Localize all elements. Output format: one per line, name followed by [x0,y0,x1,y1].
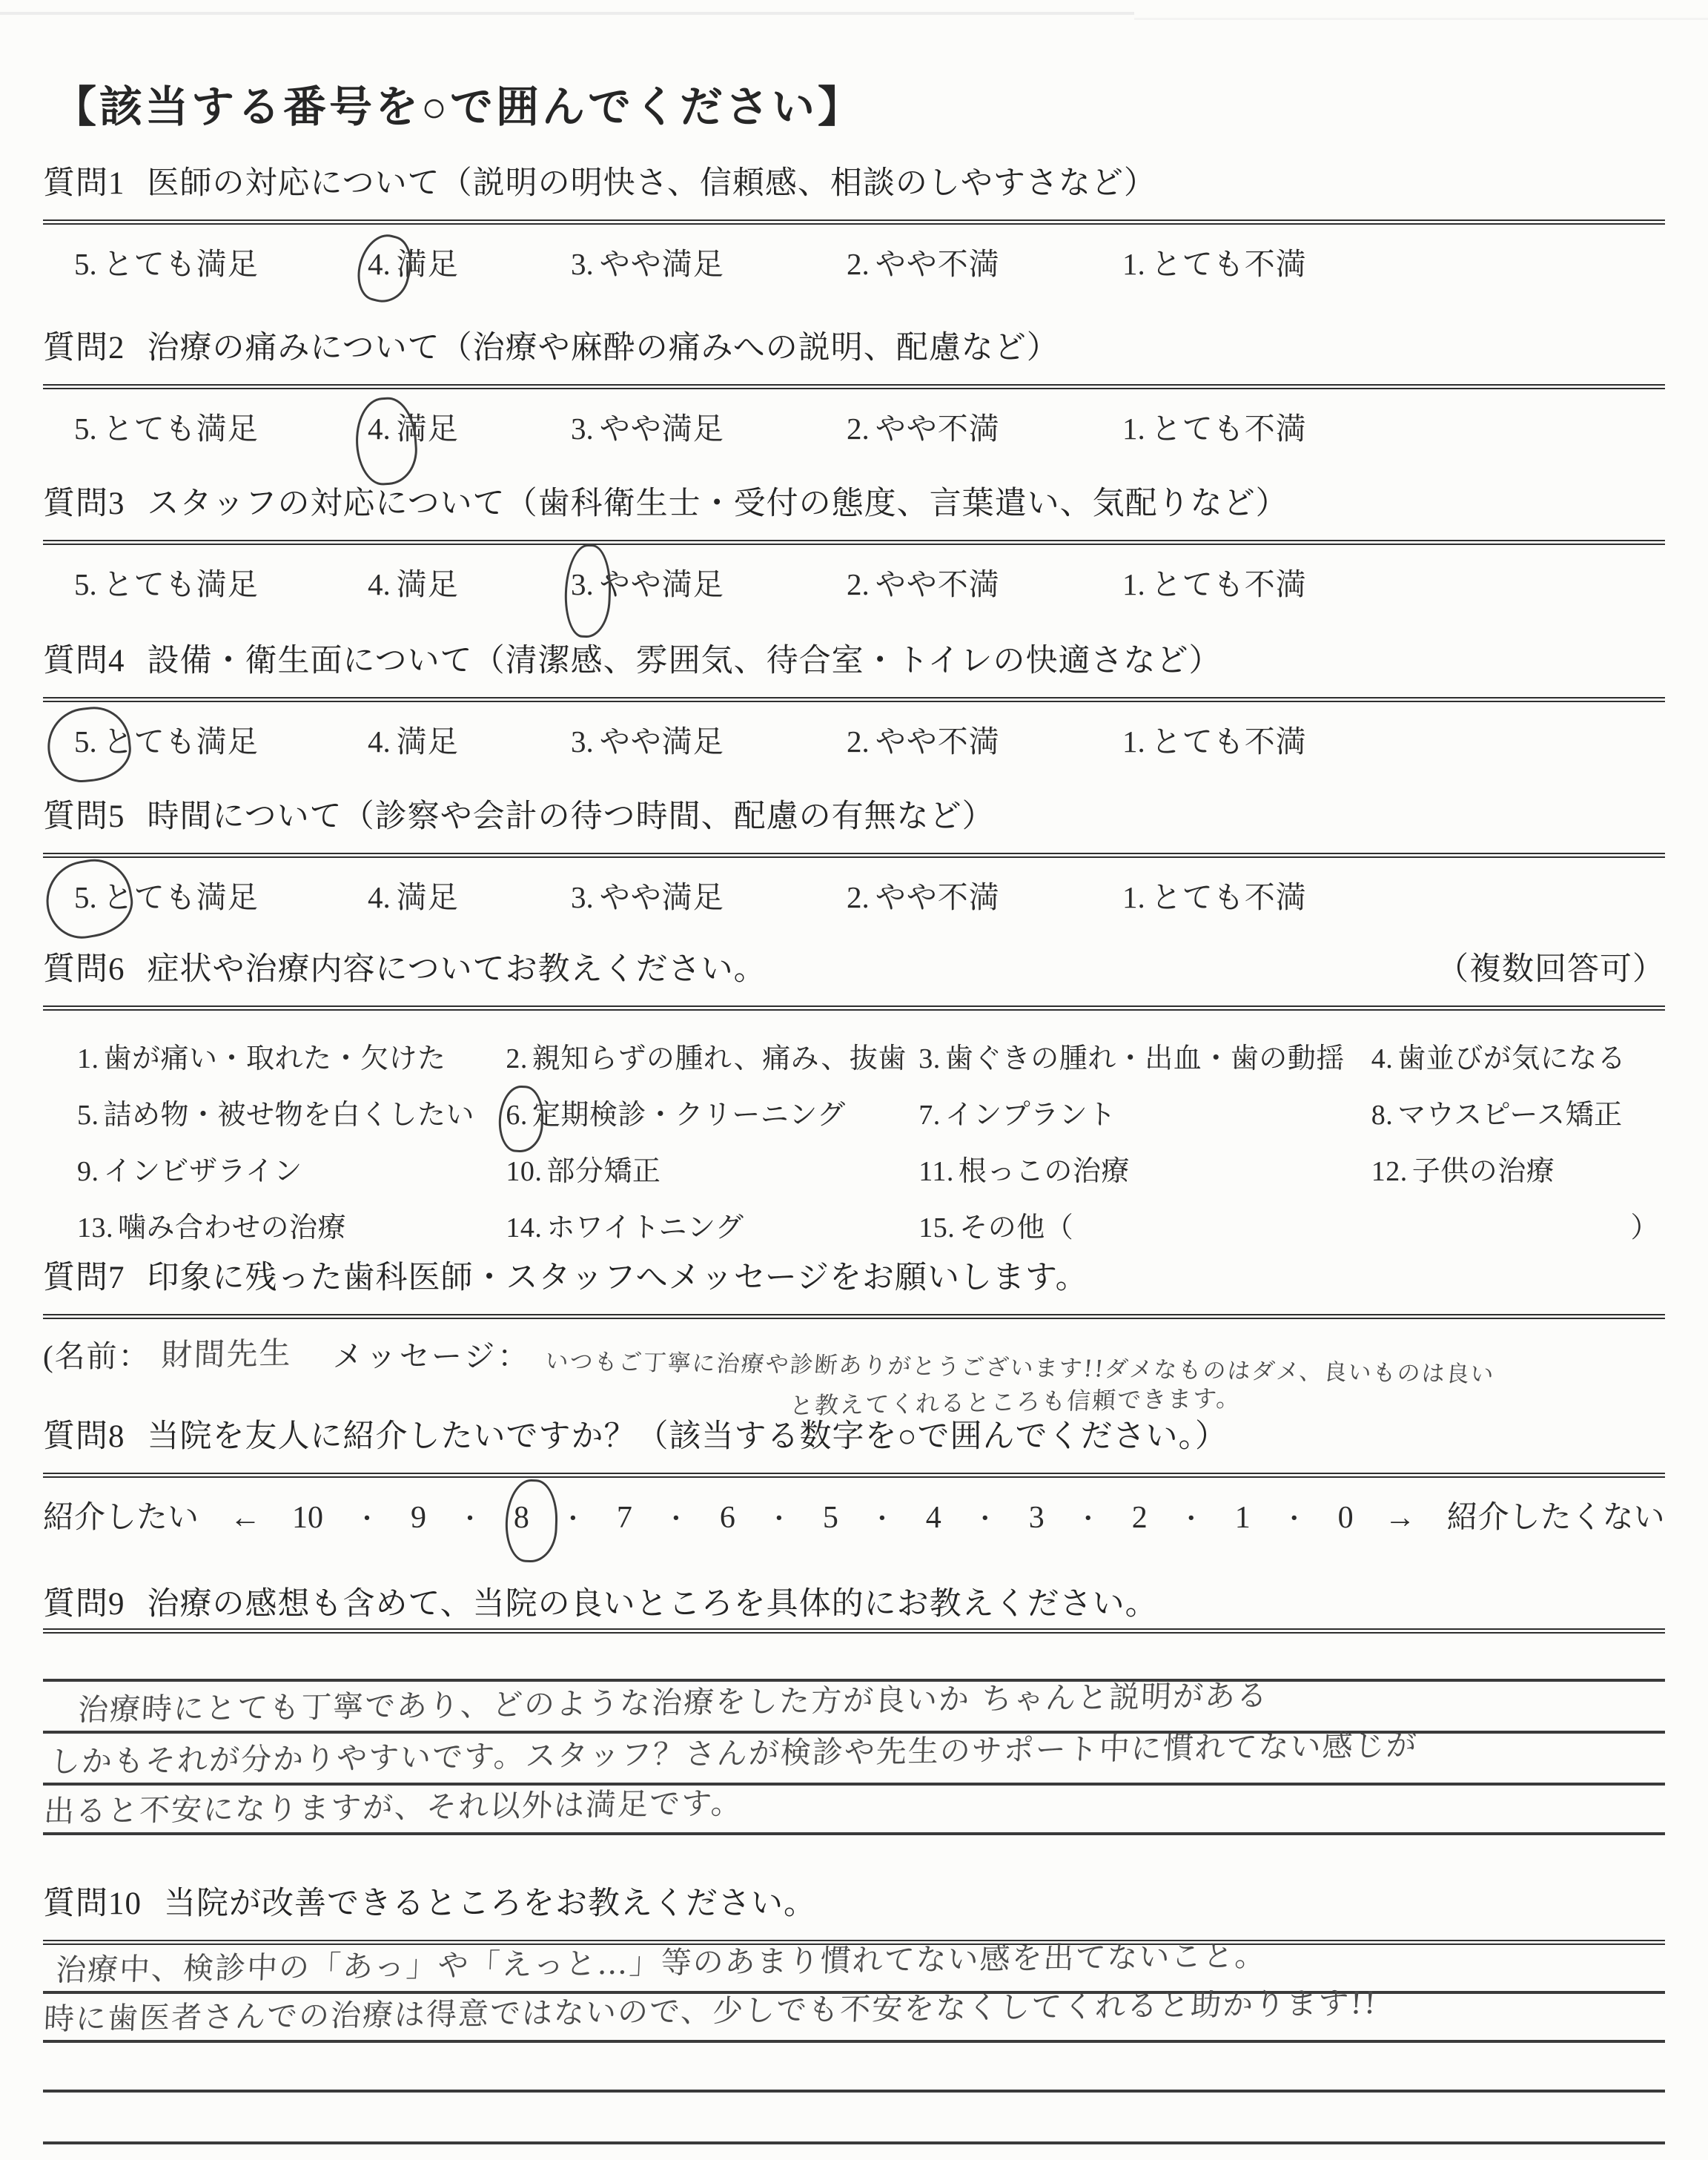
question-heading-row: 質問9 治療の感想も含めて、当院の良いところを具体的にお教えください。 [43,1585,1665,1624]
q6-item-label: ホワイトニング [546,1212,744,1244]
q8-number[interactable]: 10 [292,1500,323,1536]
rating-option[interactable]: 4.満足 [368,873,459,916]
q7-handwritten-name: 財間先生 [161,1329,292,1375]
q6-item-label: マウスピース矯正 [1397,1100,1622,1131]
question-heading: 当院が改善できるところをお教えください。 [164,1885,816,1923]
q6-item[interactable]: 11.根っこの治療 [918,1153,1371,1190]
rating-option[interactable]: 5.とても満足 [74,717,259,761]
q6-item-number: 6. [506,1097,528,1134]
answer-line[interactable]: しかもそれが分かりやすいです。スタッフ？さんが検診や先生のサポート中に慣れてない… [43,1734,1665,1786]
q8-left-label: 紹介したい [43,1493,199,1537]
q6-item-number: 15. [918,1209,955,1246]
rating-option-number: 4. [368,724,391,759]
question-heading-row: 質問8 当院を友人に紹介したいですか？（該当する数字を○で囲んでください。） [43,1418,1665,1456]
q8-number[interactable]: 2 [1132,1500,1148,1536]
rating-option-label: 満足 [397,247,459,281]
q6-item-label: インビザライン [104,1156,302,1187]
q8-separator: ・ [973,1499,998,1535]
rating-option[interactable]: 1.とても不満 [1122,873,1307,916]
rating-option[interactable]: 3.やや満足 [571,560,724,604]
q8-separator: ・ [663,1499,689,1535]
question-block-3: 質問3 スタッフの対応について（歯科衛生士・受付の態度、言葉遣い、気配りなど） … [43,485,1665,601]
answer-line[interactable] [43,2043,1665,2093]
rating-option-number: 5. [74,246,97,282]
rating-option[interactable]: 3.やや満足 [571,240,724,283]
rating-option[interactable]: 3.やや満足 [571,404,724,448]
question-block-8: 質問8 当院を友人に紹介したいですか？（該当する数字を○で囲んでください。） 紹… [43,1418,1665,1537]
question-heading: 症状や治療内容についてお教えください。 [148,951,767,989]
rating-option-number: 1. [1122,879,1145,915]
rating-option-number: 5. [74,879,97,915]
rating-option-label: 満足 [397,724,459,759]
q6-item[interactable]: 14.ホワイトニング [506,1209,918,1246]
q6-item-number: 12. [1371,1153,1408,1190]
rating-option-number: 2. [847,246,870,282]
q7-handwritten-message-line2: と教えてくれるところも信頼できます。 [789,1379,1242,1421]
q6-item[interactable]: 1.歯が痛い・取れた・欠けた [77,1040,506,1077]
multiple-answers-note: （複数回答可） [1437,951,1665,989]
rating-option[interactable]: 2.やや不満 [847,240,1000,283]
q6-item[interactable]: 13.噛み合わせの治療 [77,1209,506,1246]
rating-option-label: とても不満 [1151,724,1307,759]
rating-option-number: 4. [368,411,391,446]
rating-options-row: 5.とても満足 4.満足 3.やや満足 2.やや不満 1.とても不満 [43,555,1665,601]
rating-option-number: 3. [571,724,594,759]
right-arrow-icon: → [1385,1500,1416,1536]
left-arrow-icon: ← [230,1500,261,1536]
rating-option-label: やや不満 [875,880,1000,914]
q7-answer-row[interactable]: (名前： 財間先生 メッセージ： いつもご丁寧に治療や診断ありがとうございます!… [43,1330,1665,1375]
q7-message-label: メッセージ： [333,1332,532,1375]
rating-option-label: とても不満 [1151,412,1307,446]
question-block-6: 質問6 症状や治療内容についてお教えください。 （複数回答可） 1.歯が痛い・取… [43,951,1665,1246]
survey-form-page: 【該当する番号を○で囲んでください】 質問1 医師の対応について（説明の明快さ、… [0,0,1708,2160]
rating-option[interactable]: 2.やや不満 [847,404,1000,448]
rating-option-label: やや満足 [600,724,724,759]
q6-item-label: 噛み合わせの治療 [118,1212,346,1244]
heading-divider [43,697,1665,702]
rating-options-row: 5.とても満足 4.満足 3.やや満足 2.やや不満 1.とても不満 [43,400,1665,446]
q6-item[interactable]: 3.歯ぐきの腫れ・出血・歯の動揺 [918,1040,1371,1077]
scan-artifact [1134,18,1708,20]
rating-option[interactable]: 3.やや満足 [571,873,724,916]
q6-item-label: 部分矯正 [546,1156,661,1187]
question-heading: 印象に残った歯科医師・スタッフへメッセージをお願いします。 [148,1259,1088,1298]
rating-option-number: 4. [368,879,391,915]
q8-separator: ・ [457,1499,483,1535]
rating-option[interactable]: 3.やや満足 [571,717,724,761]
rating-option-label: とても不満 [1151,247,1307,281]
q7-answer-row-2[interactable]: と教えてくれるところも信頼できます。 [789,1387,1665,1421]
q6-item[interactable]: 5.詰め物・被せ物を白くしたい [77,1097,506,1134]
scan-artifact [0,12,1134,15]
rating-option-label: とても不満 [1151,567,1307,601]
rating-option-label: やや満足 [600,247,724,281]
q6-item[interactable]: 7.インプラント [918,1097,1371,1134]
q6-item-label: 詰め物・被せ物を白くしたい [104,1100,475,1131]
question-heading: 時間について（診察や会計の待つ時間、配慮の有無など） [148,798,995,836]
rating-option-number: 3. [571,567,594,602]
question-heading-row: 質問3 スタッフの対応について（歯科衛生士・受付の態度、言葉遣い、気配りなど） [43,485,1665,524]
q8-number[interactable]: 9 [411,1500,426,1536]
rating-option[interactable]: 2.やや不満 [847,560,1000,604]
rating-option-label: 満足 [397,412,459,446]
rating-option[interactable]: 2.やや不満 [847,717,1000,761]
q8-separator: ・ [767,1499,792,1535]
rating-option[interactable]: 5.とても満足 [74,873,259,916]
rating-option-number: 1. [1122,724,1145,759]
q6-item-number: 9. [77,1153,99,1190]
q6-item-number: 1. [77,1040,99,1077]
question-heading-row: 質問4 設備・衛生面について（清潔感、雰囲気、待合室・トイレの快適さなど） [43,642,1665,681]
question-number: 質問6 [43,951,125,989]
rating-option-label: やや不満 [875,412,1000,446]
heading-divider [43,1314,1665,1319]
rating-option[interactable]: 1.とても不満 [1122,404,1307,448]
rating-option-number: 2. [847,879,870,915]
q6-item-number: 11. [918,1153,954,1190]
rating-option-label: とても不満 [1151,880,1307,914]
rating-option-label: とても満足 [103,567,259,601]
question-block-2: 質問2 治療の痛みについて（治療や麻酔の痛みへの説明、配慮など） 5.とても満足… [43,329,1665,446]
q8-separator: ・ [1179,1499,1204,1535]
form-title: 【該当する番号を○で囲んでください】 [53,72,864,134]
rating-option-label: やや満足 [600,567,724,601]
question-heading-row: 質問7 印象に残った歯科医師・スタッフへメッセージをお願いします。 [43,1259,1665,1298]
rating-option[interactable]: 5.とても満足 [74,560,259,604]
rating-option-number: 1. [1122,246,1145,282]
rating-option-label: 満足 [397,567,459,601]
question-number: 質問7 [43,1259,125,1298]
rating-option-label: 満足 [397,880,459,914]
q6-item-label: インプラント [945,1100,1116,1131]
rating-option-number: 3. [571,411,594,446]
rating-option-number: 3. [571,879,594,915]
q6-item-number: 10. [506,1153,542,1190]
heading-divider [43,1005,1665,1011]
q6-item[interactable]: 6.定期検診・クリーニング [506,1097,918,1134]
nps-scale-row: 紹介したい ← 10 ・ 9 ・ 8 ・ 7 ・ 6 ・ 5 ・ 4 ・ 3 ・… [43,1493,1665,1537]
question-number: 質問4 [43,642,125,681]
rating-option-label: とても満足 [103,724,259,759]
rating-option-label: やや満足 [600,412,724,446]
question-heading-row: 質問6 症状や治療内容についてお教えください。 （複数回答可） [43,951,1665,989]
rating-option[interactable]: 4.満足 [368,404,459,448]
rating-option[interactable]: 1.とても不満 [1122,240,1307,283]
rating-option-number: 2. [847,411,870,446]
rating-option-label: とても満足 [103,412,259,446]
question-heading-row: 質問5 時間について（診察や会計の待つ時間、配慮の有無など） [43,798,1665,836]
rating-option-label: やや不満 [875,567,1000,601]
rating-option-label: やや満足 [600,880,724,914]
rating-option[interactable]: 5.とても満足 [74,240,259,283]
q6-item[interactable]: 10.部分矯正 [506,1153,918,1190]
q6-item[interactable]: 12.子供の治療 [1371,1153,1665,1190]
heading-divider [43,384,1665,389]
question-number: 質問8 [43,1418,125,1456]
q6-item-label: 定期検診・クリーニング [532,1100,846,1131]
q6-item-number: 3. [918,1040,941,1077]
rating-options-row: 5.とても満足 4.満足 3.やや満足 2.やや不満 1.とても不満 [43,235,1665,281]
q6-item-number: 5. [77,1097,99,1134]
q6-item-number: 4. [1371,1040,1394,1077]
answer-line[interactable]: 時に歯医者さんでの治療は得意ではないので、少しでも不安をなくしてくれると助かりま… [43,1994,1665,2043]
q8-number[interactable]: 0 [1338,1500,1354,1536]
answer-line[interactable]: 出ると不安になりますが、それ以外は満足です。 [43,1786,1665,1835]
rating-option-number: 5. [74,411,97,446]
handwritten-answer: 出ると不安になりますが、それ以外は満足です。 [43,1778,744,1832]
rating-option-number: 2. [847,567,870,602]
question-heading: 設備・衛生面について（清潔感、雰囲気、待合室・トイレの快適さなど） [148,642,1222,681]
rating-option-label: とても満足 [103,247,259,281]
q6-item[interactable]: 2.親知らずの腫れ、痛み、抜歯 [506,1040,918,1077]
question-block-4: 質問4 設備・衛生面について（清潔感、雰囲気、待合室・トイレの快適さなど） 5.… [43,642,1665,759]
question-heading: 医師の対応について（説明の明快さ、信頼感、相談のしやすさなど） [148,165,1156,203]
q6-item-label: 歯並びが気になる [1397,1043,1626,1074]
question-number: 質問3 [43,485,125,524]
question-block-9: 質問9 治療の感想も含めて、当院の良いところを具体的にお教えください。 治療時に… [43,1585,1665,1835]
q6-item-label: 歯ぐきの腫れ・出血・歯の動揺 [945,1043,1345,1074]
q6-item-number: 7. [918,1097,941,1134]
q6-item-number: 13. [77,1209,113,1246]
q8-separator: ・ [870,1499,895,1535]
question-block-1: 質問1 医師の対応について（説明の明快さ、信頼感、相談のしやすさなど） 5.とて… [43,165,1665,281]
rating-option[interactable]: 4.満足 [368,240,459,283]
question-heading-row: 質問2 治療の痛みについて（治療や麻酔の痛みへの説明、配慮など） [43,329,1665,368]
question-number: 質問5 [43,798,125,836]
rating-option-number: 2. [847,724,870,759]
treatment-options-grid: 1.歯が痛い・取れた・欠けた 2.親知らずの腫れ、痛み、抜歯 3.歯ぐきの腫れ・… [43,1040,1665,1246]
rating-options-row: 5.とても満足 4.満足 3.やや満足 2.やや不満 1.とても不満 [43,868,1665,914]
q8-separator: ・ [560,1499,586,1535]
rating-option-label: とても満足 [103,880,259,914]
q6-item-number: 8. [1371,1097,1394,1134]
rating-option-number: 3. [571,246,594,282]
q6-item-label: 歯が痛い・取れた・欠けた [104,1043,446,1074]
rating-option[interactable]: 4.満足 [368,717,459,761]
q6-item-label: 親知らずの腫れ、痛み、抜歯 [532,1043,907,1074]
q8-separator: ・ [1076,1499,1101,1535]
rating-option-label: やや不満 [875,724,1000,759]
heading-divider [43,1473,1665,1478]
q6-other-close-paren: ） [1630,1209,1665,1246]
question-heading-row: 質問1 医師の対応について（説明の明快さ、信頼感、相談のしやすさなど） [43,165,1665,203]
heading-divider [43,1628,1665,1634]
question-heading: 当院を友人に紹介したいですか？（該当する数字を○で囲んでください。） [148,1418,1228,1456]
q8-number[interactable]: 5 [823,1500,838,1536]
q8-number[interactable]: 4 [926,1500,941,1536]
q6-item-other[interactable]: 15.その他（ ） [918,1209,1665,1246]
q8-number[interactable]: 8 [514,1500,529,1536]
q8-number[interactable]: 7 [617,1500,632,1536]
q8-right-label: 紹介したくない [1447,1493,1665,1537]
rating-option[interactable]: 1.とても不満 [1122,717,1307,761]
question-block-5: 質問5 時間について（診察や会計の待つ時間、配慮の有無など） 5.とても満足 4… [43,798,1665,914]
rating-option-number: 4. [368,246,391,282]
answer-line[interactable] [43,2093,1665,2144]
question-number: 質問9 [43,1585,125,1624]
rating-option-number: 1. [1122,567,1145,602]
rating-options-row: 5.とても満足 4.満足 3.やや満足 2.やや不満 1.とても不満 [43,713,1665,759]
answer-line[interactable]: 治療時にとても丁寧であり、どのような治療をした方が良いか ちゃんと説明がある [43,1682,1665,1734]
q8-number[interactable]: 3 [1029,1500,1045,1536]
heading-divider [43,219,1665,225]
q6-item[interactable]: 8.マウスピース矯正 [1371,1097,1665,1134]
rating-option-label: やや不満 [875,247,1000,281]
rating-option[interactable]: 1.とても不満 [1122,560,1307,604]
rating-option-number: 5. [74,567,97,602]
q8-number[interactable]: 1 [1235,1500,1251,1536]
answer-line[interactable] [43,1634,1665,1682]
q7-handwritten-message-line1: いつもご丁寧に治療や診断ありがとうございます!!ダメなものはダメ、良いものは良い [544,1342,1497,1389]
rating-option-number: 5. [74,724,97,759]
question-heading: スタッフの対応について（歯科衛生士・受付の態度、言葉遣い、気配りなど） [148,485,1288,524]
rating-option[interactable]: 4.満足 [368,560,459,604]
question-heading: 治療の痛みについて（治療や麻酔の痛みへの説明、配慮など） [148,329,1059,368]
rating-option-number: 4. [368,567,391,602]
q6-item-number: 2. [506,1040,528,1077]
rating-option-number: 1. [1122,411,1145,446]
question-block-10: 質問10 当院が改善できるところをお教えください。 治療中、検診中の「あっ」や「… [43,1885,1665,2144]
q6-item[interactable]: 4.歯並びが気になる [1371,1040,1665,1077]
q8-separator: ・ [1282,1499,1307,1535]
rating-option[interactable]: 2.やや不満 [847,873,1000,916]
q6-item-label: 根っこの治療 [959,1156,1130,1187]
q6-item-label: その他（ [959,1212,1073,1244]
q6-item-number: 14. [506,1209,542,1246]
q6-item[interactable]: 9.インビザライン [77,1153,506,1190]
q6-item-label: 子供の治療 [1412,1156,1555,1187]
q8-number[interactable]: 6 [720,1500,735,1536]
q8-separator: ・ [354,1499,380,1535]
question-heading: 治療の感想も含めて、当院の良いところを具体的にお教えください。 [148,1585,1158,1624]
question-number: 質問1 [43,165,125,203]
q7-name-label: (名前： [43,1332,150,1375]
rating-option[interactable]: 5.とても満足 [74,404,259,448]
heading-divider [43,853,1665,858]
question-heading-row: 質問10 当院が改善できるところをお教えください。 [43,1885,1665,1923]
heading-divider [43,540,1665,545]
question-number: 質問10 [43,1885,142,1923]
question-block-7: 質問7 印象に残った歯科医師・スタッフへメッセージをお願いします。 (名前： 財… [43,1259,1665,1421]
question-number: 質問2 [43,329,125,368]
